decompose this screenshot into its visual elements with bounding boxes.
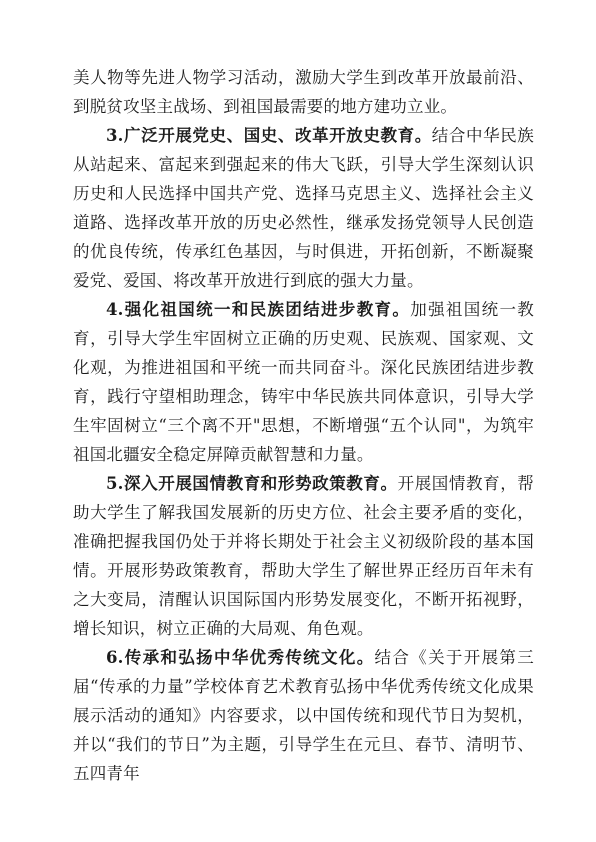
paragraph-4-heading: 4.强化祖国统一和民族团结进步教育。 <box>106 300 410 319</box>
paragraph-4: 4.强化祖国统一和民族团结进步教育。加强祖国统一教育，引导大学生牢固树立正确的历… <box>73 295 534 469</box>
paragraph-5: 5.深入开展国情教育和形势政策教育。开展国情教育，帮助大学生了解我国发展新的历史… <box>73 469 534 643</box>
paragraph-continuation-body: 美人物等先进人物学习活动，激励大学生到改革开放最前沿、到脱贫攻坚主战场、到祖国最… <box>73 68 534 116</box>
paragraph-5-heading: 5.深入开展国情教育和形势政策教育。 <box>106 474 398 493</box>
paragraph-continuation: 美人物等先进人物学习活动，激励大学生到改革开放最前沿、到脱贫攻坚主战场、到祖国最… <box>73 63 534 121</box>
paragraph-4-body: 加强祖国统一教育，引导大学生牢固树立正确的历史观、民族观、国家观、文化观，为推进… <box>73 300 534 464</box>
paragraph-3: 3.广泛开展党史、国史、改革开放史教育。结合中华民族从站起来、富起来到强起来的伟… <box>73 121 534 295</box>
paragraph-3-heading: 3.广泛开展党史、国史、改革开放史教育。 <box>106 126 432 145</box>
page-content: 美人物等先进人物学习活动，激励大学生到改革开放最前沿、到脱贫攻坚主战场、到祖国最… <box>73 63 534 788</box>
paragraph-3-body: 结合中华民族从站起来、富起来到强起来的伟大飞跃，引导大学生深刻认识历史和人民选择… <box>73 126 534 290</box>
document-page: 美人物等先进人物学习活动，激励大学生到改革开放最前沿、到脱贫攻坚主战场、到祖国最… <box>0 0 596 842</box>
paragraph-6-body: 结合《关于开展第三届“传承的力量”学校体育艺术教育弘扬中华优秀传统文化成果展示活… <box>73 648 534 783</box>
paragraph-6-heading: 6.传承和弘扬中华优秀传统文化。 <box>106 648 375 667</box>
paragraph-6: 6.传承和弘扬中华优秀传统文化。结合《关于开展第三届“传承的力量”学校体育艺术教… <box>73 643 534 788</box>
paragraph-5-body: 开展国情教育，帮助大学生了解我国发展新的历史方位、社会主要矛盾的变化，准确把握我… <box>73 474 534 638</box>
